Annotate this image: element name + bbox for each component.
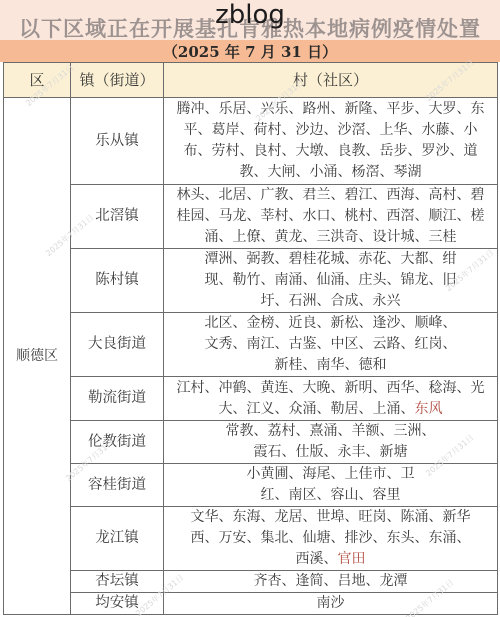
villages-cell: 常教、荔村、熹涌、羊额、三洲、霞石、仕版、永丰、新塘 bbox=[164, 421, 498, 464]
villages-text: 北区、金榜、近良、新松、逢沙、顺峰、文秀、南江、古鉴、中区、云路、红岗、新桂、南… bbox=[205, 315, 457, 373]
villages-cell: 小黄圃、海尾、上佳市、卫红、南区、容山、容里 bbox=[164, 464, 498, 507]
villages-cell: 齐杏、逢简、吕地、龙潭 bbox=[164, 571, 498, 593]
table-row: 陈村镇 潭洲、弼教、碧桂花城、赤花、大都、绀现、勒竹、南涌、仙涌、庄头、锦龙、旧… bbox=[4, 249, 498, 313]
town-cell: 北滘镇 bbox=[71, 185, 164, 249]
affected-areas-table: 区 镇（街道） 村（社区） 顺德区 乐从镇 腾冲、乐居、兴乐、路州、新隆、平步、… bbox=[3, 62, 498, 615]
highlighted-village: 官田 bbox=[338, 551, 366, 567]
villages-text: 小黄圃、海尾、上佳市、卫红、南区、容山、容里 bbox=[247, 466, 415, 503]
villages-cell: 潭洲、弼教、碧桂花城、赤花、大都、绀现、勒竹、南涌、仙涌、庄头、锦龙、旧圩、石洲… bbox=[164, 249, 498, 313]
town-cell: 伦教街道 bbox=[71, 421, 164, 464]
villages-cell: 林头、北居、广教、君兰、碧江、西海、高村、碧桂园、马龙、莘村、水口、桃村、西滘、… bbox=[164, 185, 498, 249]
villages-cell: 南沙 bbox=[164, 593, 498, 615]
title-band: 以下区域正在开展基孔肯雅热本地病例疫情处置 zblog bbox=[0, 0, 500, 40]
date-line: （2025 年 7 月 31 日） bbox=[0, 40, 500, 62]
highlighted-village: 东风 bbox=[415, 401, 443, 417]
villages-text: 林头、北居、广教、君兰、碧江、西海、高村、碧桂园、马龙、莘村、水口、桃村、西滘、… bbox=[177, 187, 485, 245]
table-row: 龙江镇 文华、东海、龙居、世埠、旺岗、陈涌、新华西、万安、集北、仙塘、排沙、东头… bbox=[4, 507, 498, 571]
table-row: 容桂街道 小黄圃、海尾、上佳市、卫红、南区、容山、容里 bbox=[4, 464, 498, 507]
town-cell: 大良街道 bbox=[71, 313, 164, 377]
district-cell: 顺德区 bbox=[4, 98, 71, 615]
table-row: 杏坛镇 齐杏、逢简、吕地、龙潭 bbox=[4, 571, 498, 593]
town-cell: 均安镇 bbox=[71, 593, 164, 615]
villages-cell: 北区、金榜、近良、新松、逢沙、顺峰、文秀、南江、古鉴、中区、云路、红岗、新桂、南… bbox=[164, 313, 498, 377]
table-header-row: 区 镇（街道） 村（社区） bbox=[4, 63, 498, 98]
table-row: 顺德区 乐从镇 腾冲、乐居、兴乐、路州、新隆、平步、大罗、东平、葛岸、荷村、沙边… bbox=[4, 98, 498, 185]
town-cell: 勒流街道 bbox=[71, 377, 164, 421]
header-town: 镇（街道） bbox=[71, 63, 164, 98]
table-row: 伦教街道 常教、荔村、熹涌、羊额、三洲、霞石、仕版、永丰、新塘 bbox=[4, 421, 498, 464]
villages-text: 南沙 bbox=[317, 595, 345, 611]
villages-cell: 文华、东海、龙居、世埠、旺岗、陈涌、新华西、万安、集北、仙塘、排沙、东头、东涌、… bbox=[164, 507, 498, 571]
town-cell: 陈村镇 bbox=[71, 249, 164, 313]
header-district: 区 bbox=[4, 63, 71, 98]
town-cell: 杏坛镇 bbox=[71, 571, 164, 593]
table-row: 均安镇 南沙 bbox=[4, 593, 498, 615]
overlay-logo-text: zblog bbox=[0, 0, 500, 30]
villages-cell: 腾冲、乐居、兴乐、路州、新隆、平步、大罗、东平、葛岸、荷村、沙边、沙滘、上华、水… bbox=[164, 98, 498, 185]
villages-text: 腾冲、乐居、兴乐、路州、新隆、平步、大罗、东平、葛岸、荷村、沙边、沙滘、上华、水… bbox=[177, 101, 485, 180]
villages-text: 文华、东海、龙居、世埠、旺岗、陈涌、新华西、万安、集北、仙塘、排沙、东头、东涌、… bbox=[191, 509, 471, 567]
town-cell: 乐从镇 bbox=[71, 98, 164, 185]
villages-text: 潭洲、弼教、碧桂花城、赤花、大都、绀现、勒竹、南涌、仙涌、庄头、锦龙、旧圩、石洲… bbox=[205, 251, 457, 309]
table-row: 北滘镇 林头、北居、广教、君兰、碧江、西海、高村、碧桂园、马龙、莘村、水口、桃村… bbox=[4, 185, 498, 249]
town-cell: 容桂街道 bbox=[71, 464, 164, 507]
villages-cell: 江村、冲鹤、黄连、大晚、新明、西华、稔海、光大、江义、众涌、勒居、上涌、东风 bbox=[164, 377, 498, 421]
table-row: 大良街道 北区、金榜、近良、新松、逢沙、顺峰、文秀、南江、古鉴、中区、云路、红岗… bbox=[4, 313, 498, 377]
villages-text: 常教、荔村、熹涌、羊额、三洲、霞石、仕版、永丰、新塘 bbox=[226, 423, 436, 460]
table-row: 勒流街道 江村、冲鹤、黄连、大晚、新明、西华、稔海、光大、江义、众涌、勒居、上涌… bbox=[4, 377, 498, 421]
town-cell: 龙江镇 bbox=[71, 507, 164, 571]
header-village: 村（社区） bbox=[164, 63, 498, 98]
villages-text: 齐杏、逢简、吕地、龙潭 bbox=[254, 573, 408, 589]
